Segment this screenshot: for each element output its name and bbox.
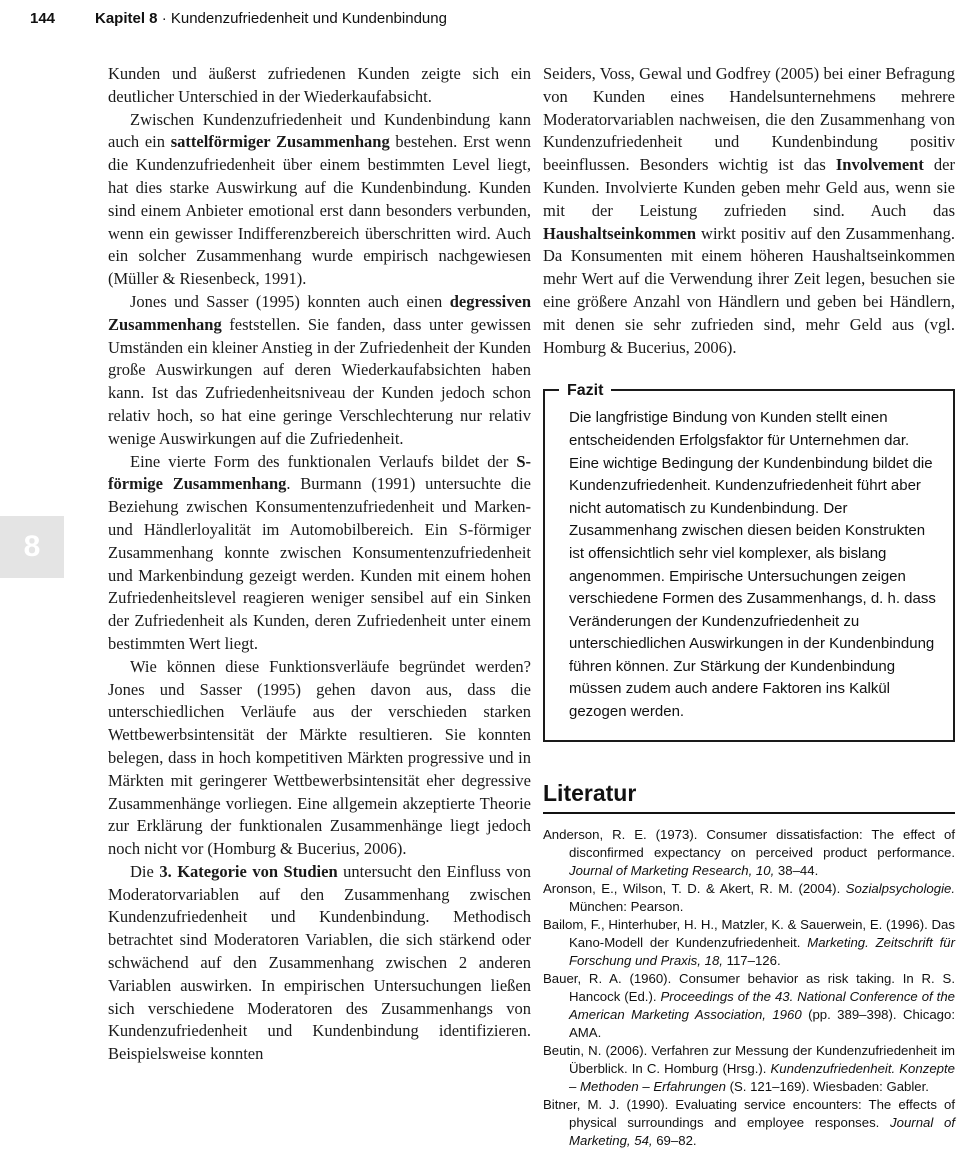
reference-list: Anderson, R. E. (1973). Consumer dissati… [543, 826, 955, 1150]
left-text-column: Kunden und äußerst zufriedenen Kunden ze… [108, 63, 531, 1066]
text-run: bestehen. Erst wenn die Kundenzufriedenh… [108, 132, 531, 288]
text-run: feststellen. Sie fanden, dass unter gewi… [108, 315, 531, 448]
italic-citation: Journal of Marketing Research, 10, [569, 863, 774, 878]
text-run: 69–82. [653, 1133, 697, 1148]
fazit-box-text: Die langfristige Bindung von Kunden stel… [569, 407, 939, 723]
bold-term: 3. Kategorie von Studien [159, 862, 337, 881]
paragraph: Kunden und äußerst zufriedenen Kunden ze… [108, 63, 531, 109]
bold-term: sattelförmiger Zusammenhang [171, 132, 390, 151]
right-column-paragraphs: Seiders, Voss, Gewal und Godfrey (2005) … [543, 63, 955, 359]
book-page: 144 Kapitel 8 · Kundenzufriedenheit und … [0, 0, 960, 1160]
fazit-box-title: Fazit [559, 380, 611, 403]
text-run: 38–44. [774, 863, 818, 878]
reference-item: Anderson, R. E. (1973). Consumer dissati… [543, 826, 955, 880]
reference-item: Beutin, N. (2006). Verfahren zur Messung… [543, 1042, 955, 1096]
text-run: München: Pearson. [569, 899, 683, 914]
reference-item: Bauer, R. A. (1960). Consumer behavior a… [543, 970, 955, 1042]
paragraph: Die 3. Kategorie von Studien untersucht … [108, 861, 531, 1066]
text-run: 117–126. [723, 953, 781, 968]
fazit-box: Fazit Die langfristige Bindung von Kunde… [543, 389, 955, 741]
text-run: untersucht den Einfluss von Moderatorvar… [108, 862, 531, 1063]
text-run: Die [130, 862, 159, 881]
reference-item: Bitner, M. J. (1990). Evaluating service… [543, 1096, 955, 1150]
paragraph: Wie können diese Funktionsverläufe begrü… [108, 656, 531, 861]
chapter-thumb-tab: 8 [0, 516, 64, 578]
literatur-heading: Literatur [543, 782, 955, 805]
paragraph: Zwischen Kundenzufriedenheit und Kundenb… [108, 109, 531, 291]
text-run: (S. 121–169). Wiesbaden: Gabler. [726, 1079, 929, 1094]
reference-item: Aronson, E., Wilson, T. D. & Akert, R. M… [543, 880, 955, 916]
text-run: wirkt positiv auf den Zusammenhang. Da K… [543, 224, 955, 357]
chapter-label: Kapitel 8 [95, 10, 158, 27]
bold-term: Involvement [836, 155, 924, 174]
text-run: . Burmann (1991) untersuchte die Beziehu… [108, 474, 531, 653]
text-run: Jones und Sasser (1995) konnten auch ein… [130, 292, 450, 311]
text-run: Kunden und äußerst zufriedenen Kunden ze… [108, 64, 531, 106]
paragraph: Jones und Sasser (1995) konnten auch ein… [108, 291, 531, 451]
text-run: Eine vierte Form des funktionalen Verlau… [130, 452, 516, 471]
text-run: Aronson, E., Wilson, T. D. & Akert, R. M… [543, 881, 846, 896]
right-text-column: Seiders, Voss, Gewal und Godfrey (2005) … [543, 63, 955, 1150]
page-number: 144 [30, 10, 55, 27]
paragraph: Seiders, Voss, Gewal und Godfrey (2005) … [543, 63, 955, 359]
italic-citation: Sozialpsychologie. [846, 881, 955, 896]
chapter-tab-number: 8 [24, 530, 41, 564]
text-run: Anderson, R. E. (1973). Consumer dissati… [543, 827, 955, 860]
paragraph: Eine vierte Form des funktionalen Verlau… [108, 451, 531, 656]
bold-term: Haushaltseinkommen [543, 224, 696, 243]
literatur-rule [543, 812, 955, 814]
chapter-header: Kapitel 8 · Kundenzufriedenheit und Kund… [95, 10, 447, 27]
reference-item: Bailom, F., Hinterhuber, H. H., Matzler,… [543, 916, 955, 970]
chapter-title: · Kundenzufriedenheit und Kundenbindung [158, 10, 447, 27]
text-run: Wie können diese Funktionsverläufe begrü… [108, 657, 531, 858]
